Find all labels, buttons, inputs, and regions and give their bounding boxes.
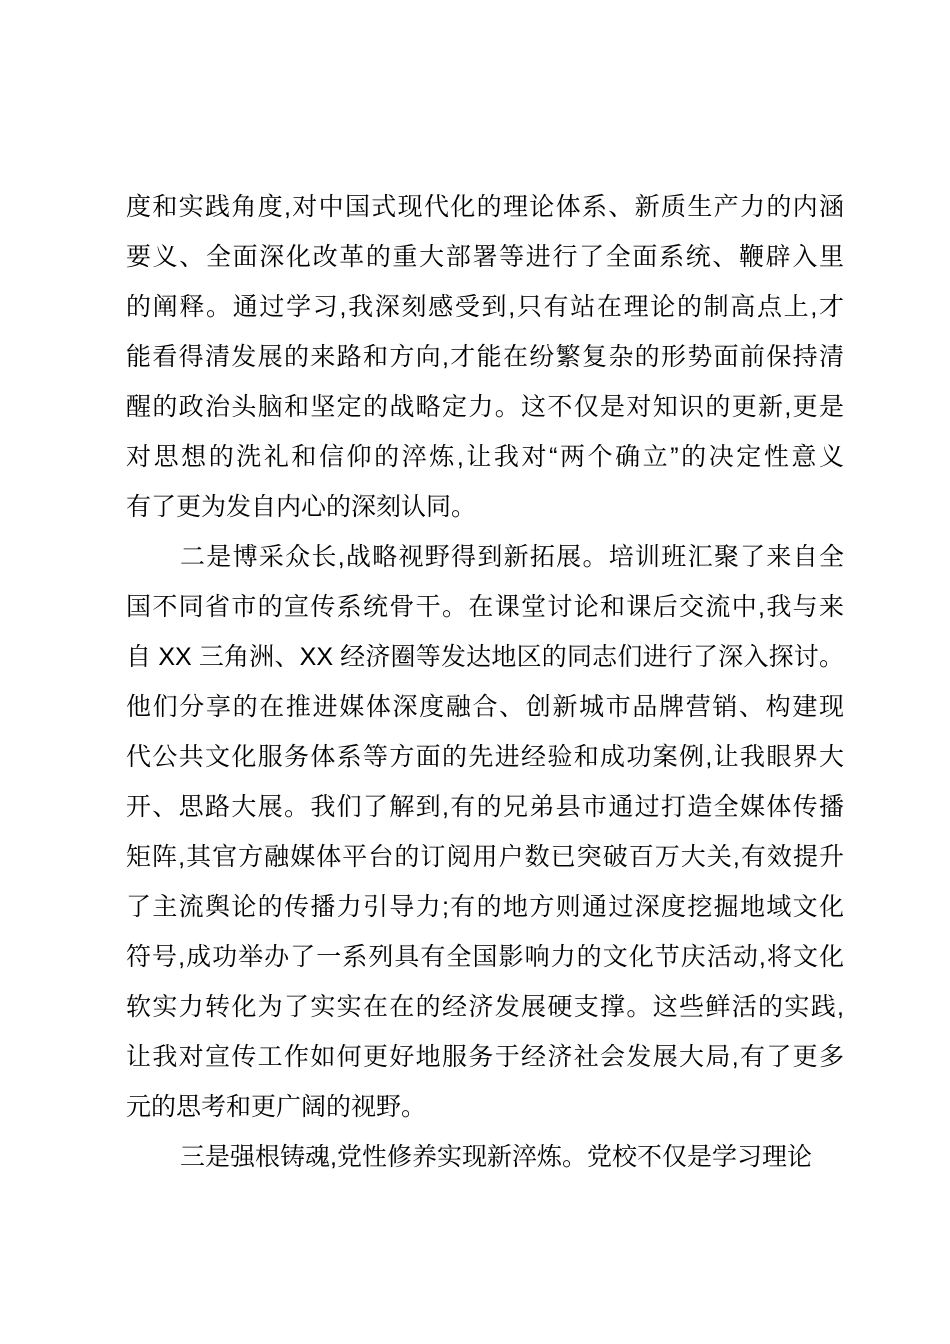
text-line: 元的思考和更广阔的视野。 [126, 1082, 844, 1132]
text-line: 度和实践角度,对中国式现代化的理论体系、新质生产力的内涵 [126, 182, 844, 232]
text-line: 有了更为发自内心的深刻认同。 [126, 482, 844, 532]
text-line: 醒的政治头脑和坚定的战略定力。这不仅是对知识的更新,更是 [126, 382, 844, 432]
text-line: 了主流舆论的传播力引导力;有的地方则通过深度挖掘地域文化 [126, 882, 844, 932]
text-line: 符号,成功举办了一系列具有全国影响力的文化节庆活动,将文化 [126, 932, 844, 982]
text-line: 三是强根铸魂,党性修养实现新淬炼。党校不仅是学习理论 [126, 1132, 844, 1182]
text-line: 能看得清发展的来路和方向,才能在纷繁复杂的形势面前保持清 [126, 332, 844, 382]
text-line: 开、思路大展。我们了解到,有的兄弟县市通过打造全媒体传播 [126, 782, 844, 832]
text-line: 对思想的洗礼和信仰的淬炼,让我对“两个确立”的决定性意义 [126, 432, 844, 482]
text-line: 国不同省市的宣传系统骨干。在课堂讨论和课后交流中,我与来 [126, 582, 844, 632]
text-line: 自 XX 三角洲、XX 经济圈等发达地区的同志们进行了深入探讨。 [126, 632, 844, 682]
text-line: 矩阵,其官方融媒体平台的订阅用户数已突破百万大关,有效提升 [126, 832, 844, 882]
text-line: 的阐释。通过学习,我深刻感受到,只有站在理论的制高点上,才 [126, 282, 844, 332]
text-line: 软实力转化为了实实在在的经济发展硬支撑。这些鲜活的实践, [126, 982, 844, 1032]
document-page: 度和实践角度,对中国式现代化的理论体系、新质生产力的内涵 要义、全面深化改革的重… [0, 0, 950, 1344]
text-line: 要义、全面深化改革的重大部署等进行了全面系统、鞭辟入里 [126, 232, 844, 282]
text-line: 他们分享的在推进媒体深度融合、创新城市品牌营销、构建现 [126, 682, 844, 732]
text-line: 代公共文化服务体系等方面的先进经验和成功案例,让我眼界大 [126, 732, 844, 782]
text-line: 让我对宣传工作如何更好地服务于经济社会发展大局,有了更多 [126, 1032, 844, 1082]
text-line: 二是博采众长,战略视野得到新拓展。培训班汇聚了来自全 [126, 532, 844, 582]
document-text-block: 度和实践角度,对中国式现代化的理论体系、新质生产力的内涵 要义、全面深化改革的重… [126, 182, 844, 1182]
